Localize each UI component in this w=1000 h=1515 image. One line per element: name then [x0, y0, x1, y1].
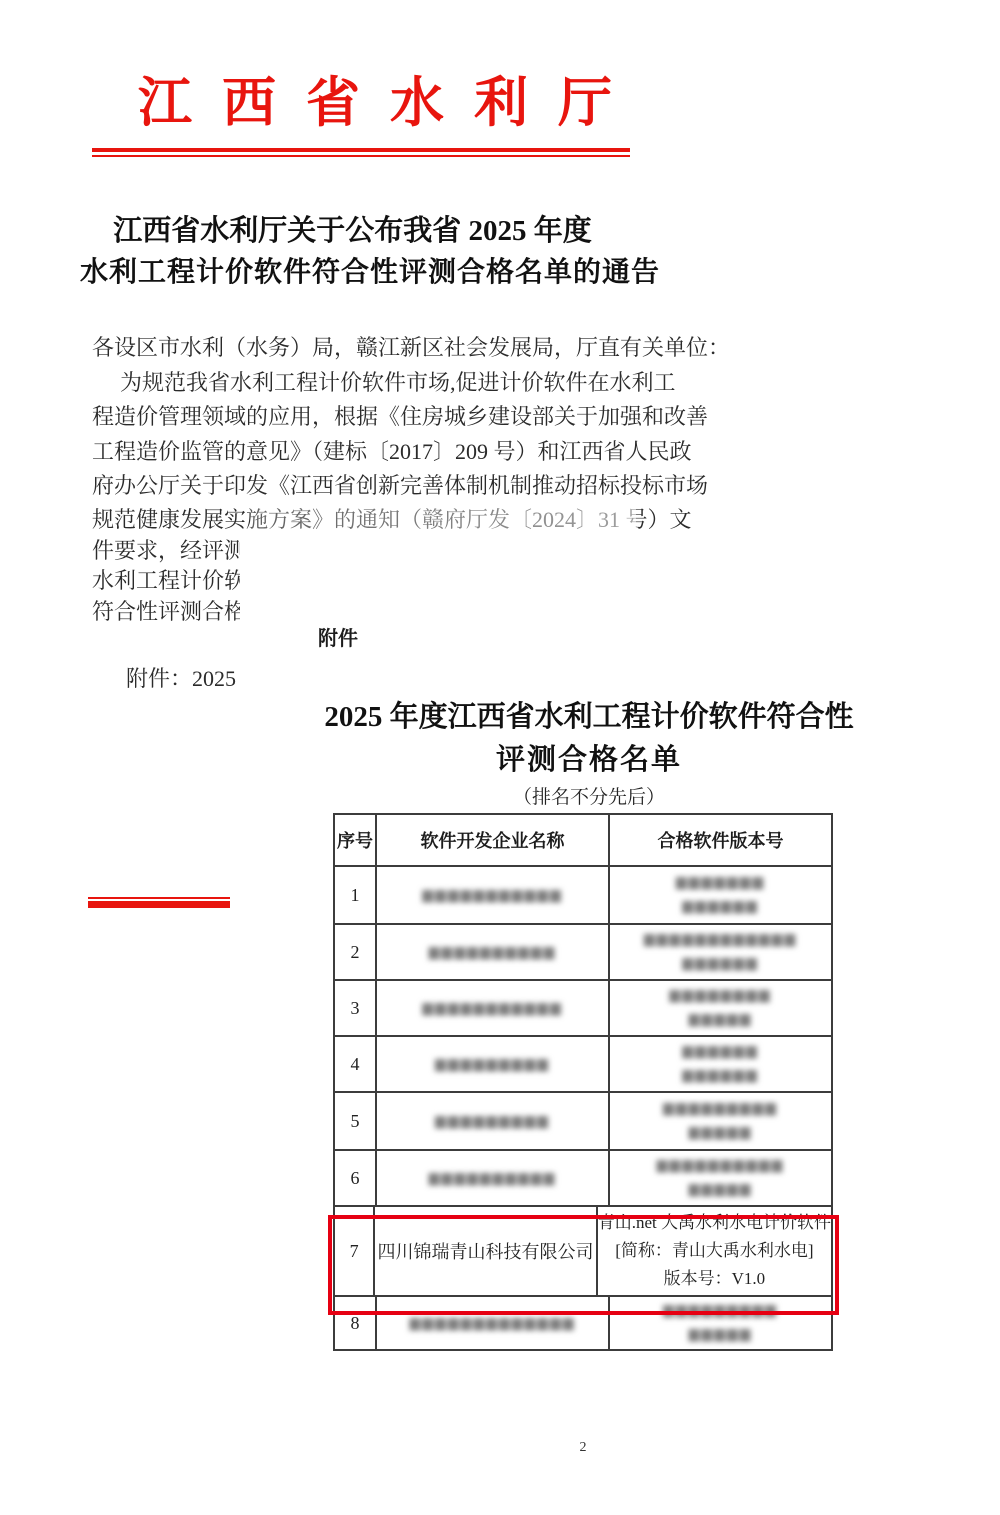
redacted-text: ▆▆▆▆▆▆▆▆▆	[663, 1097, 778, 1121]
version-cell: ▆▆▆▆▆▆ ▆▆▆▆▆▆	[610, 1037, 831, 1091]
body-line: 程造价管理领域的应用，根据《住房城乡建设部关于加强和改善	[92, 400, 708, 431]
version-cell: ▆▆▆▆▆▆▆▆▆ ▆▆▆▆▆	[610, 1297, 831, 1349]
letterhead-rule-thick	[92, 148, 630, 152]
redacted-text: ▆▆▆▆▆▆▆▆▆▆	[657, 1154, 785, 1178]
company-cell: ▆▆▆▆▆▆▆▆▆▆▆▆▆	[377, 1297, 610, 1349]
redacted-text: ▆▆▆▆▆	[689, 1323, 753, 1347]
row-number: 8	[335, 1297, 377, 1349]
version-cell: ▆▆▆▆▆▆▆▆▆▆▆▆ ▆▆▆▆▆▆	[610, 925, 831, 979]
body-line-fragment: 水利工程计价软件	[92, 564, 252, 595]
redacted-text: ▆▆▆▆▆▆▆▆▆	[435, 1056, 550, 1073]
attachment-title-line1: 2025 年度江西省水利工程计价软件符合性	[239, 694, 939, 735]
row-number: 6	[335, 1151, 377, 1205]
version-cell: 青山.net 大禹水利水电计价软件 [简称：青山大禹水利水电] 版本号：V1.0	[598, 1207, 831, 1295]
redacted-text: ▆▆▆▆▆▆▆▆	[669, 984, 771, 1008]
letterhead-title: 江西省水利厅	[90, 70, 660, 136]
page1-red-rule-thick	[88, 901, 230, 908]
letterhead-rule-thin	[92, 155, 630, 157]
redacted-text: ▆▆▆▆▆▆	[682, 1064, 759, 1088]
row-number: 1	[335, 867, 377, 923]
document-title-line2: 水利工程计价软件符合性评测合格名单的通告	[80, 250, 625, 290]
document-title-line1: 江西省水利厅关于公布我省 2025 年度	[80, 208, 625, 249]
redacted-text: ▆▆▆▆▆▆▆	[676, 871, 765, 895]
table-header-row: 序号 软件开发企业名称 合格软件版本号	[335, 815, 831, 867]
software-short-name: [简称：青山大禹水利水电]	[615, 1237, 813, 1265]
body-line: 各设区市水利（水务）局，赣江新区社会发展局，厅直有关单位：	[92, 331, 730, 362]
table-row: 6 ▆▆▆▆▆▆▆▆▆▆ ▆▆▆▆▆▆▆▆▆▆ ▆▆▆▆▆	[335, 1151, 831, 1207]
attachment-title-line2: 评测合格名单	[239, 737, 939, 778]
row-number: 5	[335, 1093, 377, 1149]
body-line: 工程造价监管的意见》（建标〔2017〕209 号）和江西省人民政	[92, 435, 692, 466]
company-cell: ▆▆▆▆▆▆▆▆▆	[377, 1093, 610, 1149]
version-cell: ▆▆▆▆▆▆▆▆▆▆ ▆▆▆▆▆	[610, 1151, 831, 1205]
table-row: 4 ▆▆▆▆▆▆▆▆▆ ▆▆▆▆▆▆ ▆▆▆▆▆▆	[335, 1037, 831, 1093]
table-row-highlighted: 7 四川锦瑞青山科技有限公司 青山.net 大禹水利水电计价软件 [简称：青山大…	[335, 1207, 831, 1297]
table-row: 8 ▆▆▆▆▆▆▆▆▆▆▆▆▆ ▆▆▆▆▆▆▆▆▆ ▆▆▆▆▆	[335, 1297, 831, 1349]
redacted-text: ▆▆▆▆▆▆▆▆▆▆▆	[422, 887, 562, 904]
redacted-text: ▆▆▆▆▆▆▆▆▆	[663, 1299, 778, 1323]
redacted-text: ▆▆▆▆▆	[689, 1008, 753, 1032]
row-number: 3	[335, 981, 377, 1035]
redacted-text: ▆▆▆▆▆▆▆▆▆	[435, 1113, 550, 1130]
redacted-text: ▆▆▆▆▆	[689, 1121, 753, 1145]
redacted-text: ▆▆▆▆▆▆▆▆▆▆▆	[422, 1000, 562, 1017]
table-row: 1 ▆▆▆▆▆▆▆▆▆▆▆ ▆▆▆▆▆▆▆ ▆▆▆▆▆▆	[335, 867, 831, 925]
table-row: 2 ▆▆▆▆▆▆▆▆▆▆ ▆▆▆▆▆▆▆▆▆▆▆▆ ▆▆▆▆▆▆	[335, 925, 831, 981]
company-cell: ▆▆▆▆▆▆▆▆▆▆▆	[377, 867, 610, 923]
company-cell: ▆▆▆▆▆▆▆▆▆	[377, 1037, 610, 1091]
software-name: 青山.net 大禹水利水电计价软件	[598, 1209, 831, 1237]
redacted-text: ▆▆▆▆▆▆	[682, 895, 759, 919]
redacted-text: ▆▆▆▆▆▆▆▆▆▆▆▆	[644, 928, 797, 952]
redacted-text: ▆▆▆▆▆▆	[682, 1040, 759, 1064]
overlay-fade-edge	[250, 498, 636, 532]
redacted-text: ▆▆▆▆▆▆▆▆▆▆	[429, 944, 557, 961]
redacted-text: ▆▆▆▆▆	[689, 1178, 753, 1202]
attachment-subtitle: （排名不分先后）	[239, 782, 939, 809]
page-number: 2	[568, 1440, 598, 1456]
redacted-text: ▆▆▆▆▆▆	[682, 952, 759, 976]
header-cell-index: 序号	[335, 815, 377, 865]
row-number: 7	[335, 1207, 375, 1295]
row-number: 4	[335, 1037, 377, 1091]
company-cell: ▆▆▆▆▆▆▆▆▆▆▆	[377, 981, 610, 1035]
page1-red-rule-thin	[88, 897, 230, 899]
qualified-software-table: 序号 软件开发企业名称 合格软件版本号 1 ▆▆▆▆▆▆▆▆▆▆▆ ▆▆▆▆▆▆…	[333, 813, 833, 1351]
body-line: 为规范我省水利工程计价软件市场,促进计价软件在水利工	[92, 366, 676, 397]
attachment-label: 附件	[318, 622, 358, 651]
body-line: 府办公厅关于印发《江西省创新完善体制机制推动招标投标市场	[92, 469, 708, 500]
company-name: 四川锦瑞青山科技有限公司	[377, 1238, 593, 1264]
header-cell-version: 合格软件版本号	[610, 815, 831, 865]
version-cell: ▆▆▆▆▆▆▆▆▆ ▆▆▆▆▆	[610, 1093, 831, 1149]
header-cell-company: 软件开发企业名称	[377, 815, 610, 865]
company-cell: 四川锦瑞青山科技有限公司	[375, 1207, 598, 1295]
company-cell: ▆▆▆▆▆▆▆▆▆▆	[377, 1151, 610, 1205]
table-row: 3 ▆▆▆▆▆▆▆▆▆▆▆ ▆▆▆▆▆▆▆▆ ▆▆▆▆▆	[335, 981, 831, 1037]
software-version: 版本号：V1.0	[664, 1265, 766, 1293]
company-cell: ▆▆▆▆▆▆▆▆▆▆	[377, 925, 610, 979]
version-cell: ▆▆▆▆▆▆▆ ▆▆▆▆▆▆	[610, 867, 831, 923]
row-number: 2	[335, 925, 377, 979]
redacted-text: ▆▆▆▆▆▆▆▆▆▆	[429, 1170, 557, 1187]
table-row: 5 ▆▆▆▆▆▆▆▆▆ ▆▆▆▆▆▆▆▆▆ ▆▆▆▆▆	[335, 1093, 831, 1151]
attachment-line-fragment: 附件：2025 年	[126, 662, 248, 693]
redacted-text: ▆▆▆▆▆▆▆▆▆▆▆▆▆	[410, 1315, 576, 1332]
version-cell: ▆▆▆▆▆▆▆▆ ▆▆▆▆▆	[610, 981, 831, 1035]
